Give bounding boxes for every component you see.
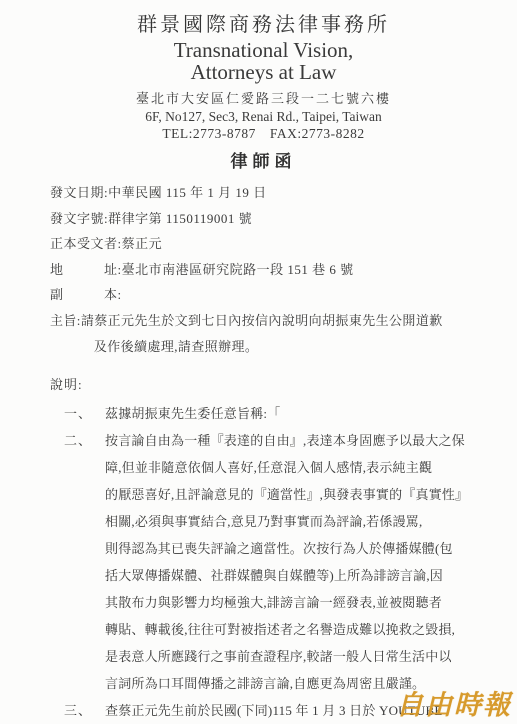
field-label: 副 本: <box>50 287 122 302</box>
subject-block: 主旨: 請蔡正元先生於文到七日內按信內說明向胡振東先生公開道歉 及作後續處理,請… <box>50 308 477 360</box>
field-recipient: 正本受文者:蔡正元 <box>50 231 477 257</box>
explanation-item-2: 二、 按言論自由為一種『表達的自由』,表達本身固應予以最大之保 障,但並非隨意依… <box>50 427 477 697</box>
item-text: 茲據胡振東先生委任意旨稱:「 <box>105 400 477 427</box>
item-line: 的厭惡喜好,且評論意見的『適當性』,與發表事實的『真實性』 <box>105 481 477 508</box>
item-line: 其散布力與影響力均極強大,誹謗言論一經發表,並被閱聽者 <box>105 589 477 616</box>
firm-address-english: 6F, No127, Sec3, Renai Rd., Taipei, Taiw… <box>50 108 477 125</box>
field-label: 發文字號: <box>50 211 108 226</box>
field-value: 蔡正元 <box>122 236 163 251</box>
subject-text: 請蔡正元先生於文到七日內按信內說明向胡振東先生公開道歉 及作後續處理,請查照辦理… <box>81 308 443 360</box>
item-line: 相關,必須與事實結合,意見乃對事實而為評論,若係謾罵, <box>105 508 477 535</box>
item-text: 按言論自由為一種『表達的自由』,表達本身固應予以最大之保 障,但並非隨意依個人喜… <box>105 427 477 697</box>
firm-name-english-line1: Transnational Vision, <box>50 39 477 61</box>
field-value: 中華民國 115 年 1 月 19 日 <box>108 185 267 200</box>
field-carbon-copy: 副 本: <box>50 282 477 308</box>
subject-line: 請蔡正元先生於文到七日內按信內說明向胡振東先生公開道歉 <box>81 308 443 334</box>
subject-line: 及作後續處理,請查照辦理。 <box>81 334 443 360</box>
field-value: 群律字第 1150119001 號 <box>108 211 252 226</box>
lawyer-letter-document: 群景國際商務法律事務所 Transnational Vision, Attorn… <box>0 0 517 724</box>
item-line: 茲據胡振東先生委任意旨稱:「 <box>105 400 477 427</box>
firm-name-english-line2: Attorneys at Law <box>50 61 477 83</box>
item-marker: 三、 <box>64 697 105 724</box>
press-watermark: 自由時報 <box>396 690 512 720</box>
field-label: 正本受文者: <box>50 236 122 251</box>
explanation-label: 說明: <box>50 372 477 398</box>
firm-address-chinese: 臺北市大安區仁愛路三段一二七號六樓 <box>50 90 477 108</box>
item-line: 障,但並非隨意依個人喜好,任意混入個人感情,表示純主觀 <box>105 454 477 481</box>
letterhead: 群景國際商務法律事務所 Transnational Vision, Attorn… <box>50 12 477 142</box>
field-reference-number: 發文字號:群律字第 1150119001 號 <box>50 206 477 232</box>
item-line: 則得認為其已喪失評論之適當性。次按行為人於傳播媒體(包 <box>105 535 477 562</box>
firm-name-chinese: 群景國際商務法律事務所 <box>50 12 477 39</box>
field-value: 臺北市南港區研究院路一段 151 巷 6 號 <box>122 262 354 277</box>
subject-label: 主旨: <box>50 308 81 360</box>
item-marker: 二、 <box>64 427 105 697</box>
document-title: 律師函 <box>50 151 477 173</box>
field-label: 地 址: <box>50 262 122 277</box>
field-address: 地 址:臺北市南港區研究院路一段 151 巷 6 號 <box>50 257 477 283</box>
item-line: 是表意人所應踐行之事前查證程序,較諸一般人日常生活中以 <box>105 643 477 670</box>
item-line: 轉貼、轉載後,往往可對被指述者之名譽造成難以挽救之毀損, <box>105 616 477 643</box>
field-label: 發文日期: <box>50 185 108 200</box>
firm-tel-fax: TEL:2773-8787 FAX:2773-8282 <box>50 125 477 142</box>
item-line: 按言論自由為一種『表達的自由』,表達本身固應予以最大之保 <box>105 427 477 454</box>
document-fields: 發文日期:中華民國 115 年 1 月 19 日 發文字號:群律字第 11501… <box>50 180 477 308</box>
item-line: 括大眾傳播媒體、社群媒體與自媒體等)上所為誹謗言論,因 <box>105 562 477 589</box>
item-marker: 一、 <box>64 400 105 427</box>
field-issue-date: 發文日期:中華民國 115 年 1 月 19 日 <box>50 180 477 206</box>
explanation-item-1: 一、 茲據胡振東先生委任意旨稱:「 <box>50 400 477 427</box>
explanation-list: 一、 茲據胡振東先生委任意旨稱:「 二、 按言論自由為一種『表達的自由』,表達本… <box>50 400 477 724</box>
